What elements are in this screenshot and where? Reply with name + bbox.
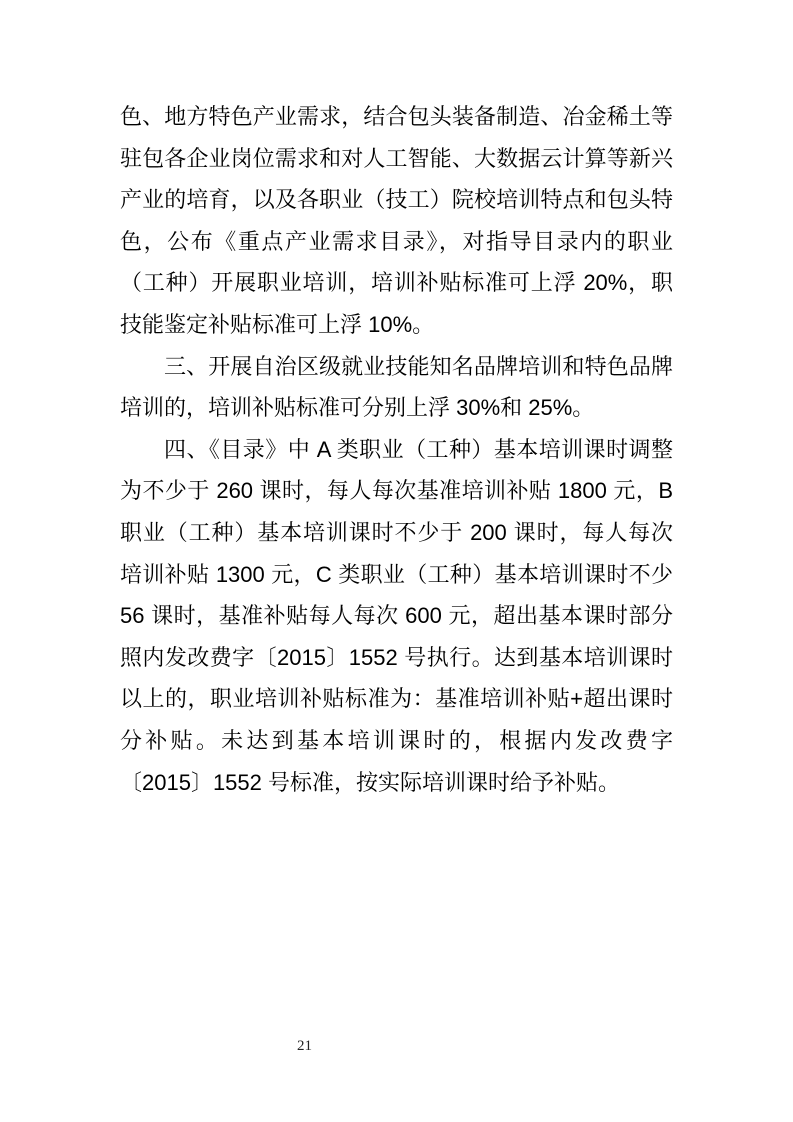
paragraph: 三、开展自治区级就业技能知名品牌培训和特色品牌培训的，培训补贴标准可分别上浮 3… xyxy=(120,346,673,429)
text-line: 培训的，培训补贴标准可分别上浮 30%和 25%。 xyxy=(120,387,673,429)
text-line: 为不少于 260 课时，每人每次基准培训补贴 1800 元，B 类 xyxy=(120,470,673,512)
text-line: 〔2015〕1552 号标准，按实际培训课时给予补贴。 xyxy=(120,762,673,804)
text-line: 56 课时，基准补贴每人每次 600 元，超出基本课时部分按 xyxy=(120,595,673,637)
text-line: 四、《目录》中 A 类职业（工种）基本培训课时调整 xyxy=(120,429,673,471)
paragraph: 四、《目录》中 A 类职业（工种）基本培训课时调整为不少于 260 课时，每人每… xyxy=(120,429,673,803)
text-line: 职业（工种）基本培训课时不少于 200 课时，每人每次基准 xyxy=(120,512,673,554)
text-line: 照内发改费字〔2015〕1552 号执行。达到基本培训课时及 xyxy=(120,637,673,679)
text-line: （工种）开展职业培训，培训补贴标准可上浮 20%，职业 xyxy=(120,262,673,304)
text-block: 色、地方特色产业需求，结合包头装备制造、冶金稀土等驻包各企业岗位需求和对人工智能… xyxy=(120,96,673,803)
text-line: 培训补贴 1300 元，C 类职业（工种）基本培训课时不少于 xyxy=(120,554,673,596)
document-page: 色、地方特色产业需求，结合包头装备制造、冶金稀土等驻包各企业岗位需求和对人工智能… xyxy=(0,0,793,1122)
text-line: 技能鉴定补贴标准可上浮 10%。 xyxy=(120,304,673,346)
text-line: 三、开展自治区级就业技能知名品牌培训和特色品牌 xyxy=(120,346,673,388)
text-line: 色，公布《重点产业需求目录》，对指导目录内的职业 xyxy=(120,221,673,263)
text-line: 驻包各企业岗位需求和对人工智能、大数据云计算等新兴 xyxy=(120,138,673,180)
text-line: 色、地方特色产业需求，结合包头装备制造、冶金稀土等 xyxy=(120,96,673,138)
text-line: 分补贴。未达到基本培训课时的，根据内发改费字 xyxy=(120,720,673,762)
page-number: 21 xyxy=(297,1037,312,1055)
paragraph: 色、地方特色产业需求，结合包头装备制造、冶金稀土等驻包各企业岗位需求和对人工智能… xyxy=(120,96,673,346)
text-line: 产业的培育，以及各职业（技工）院校培训特点和包头特 xyxy=(120,179,673,221)
text-line: 以上的，职业培训补贴标准为：基准培训补贴+超出课时部 xyxy=(120,678,673,720)
